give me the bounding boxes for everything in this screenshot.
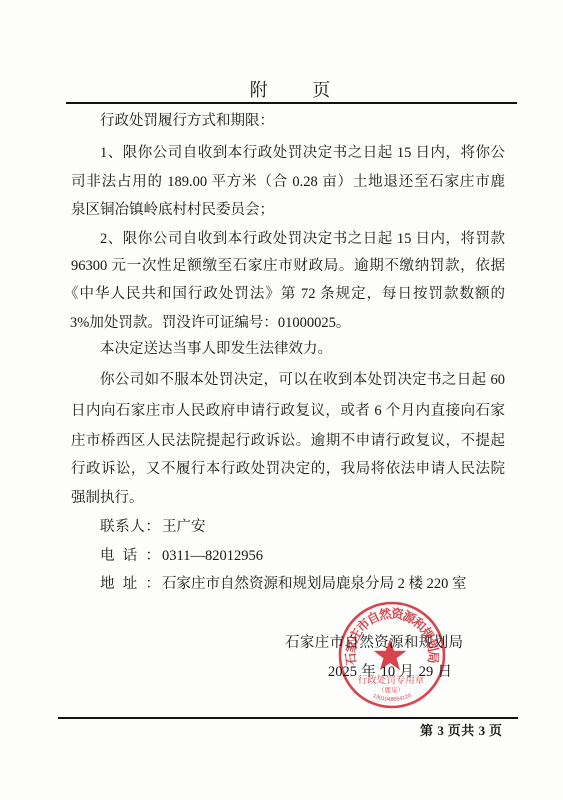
text-line: 2、限你公司自收到本行政处罚决定书之日起 15 日内，将罚款 [100,229,505,249]
text-line: 你公司如不服本处罚决定，可以在收到本处罚决定书之日起 60 [100,370,505,390]
text-line: 《中华人民共和国行政处罚法》第 72 条规定，每日按罚款数额的 [64,284,505,304]
seal-center-text: 行政处罚专用章 [358,674,425,686]
text-line: 日内向石家庄市人民政府申请行政复议，或者 6 个月内直接向石家 [71,401,505,421]
text-line: 本决定送达当事人即发生法律效力。 [100,339,332,359]
seal-code: 1301048664120 [372,693,412,703]
contact-person-value: 王广安 [162,517,206,537]
section-heading: 行政处罚履行方式和期限： [100,111,274,131]
text-line: 96300 元一次性足额缴至石家庄市财政局。逾期不缴纳罚款，依据 [71,256,505,276]
text-line: 泉区铜冶镇岭底村村民委员会； [71,200,274,220]
text-line: 行政诉讼，又不履行本行政处罚决定的，我局将依法申请人民法院 [71,459,505,479]
star-icon [374,639,407,670]
text-line: 司非法占用的 189.00 平方米（合 0.28 亩）土地退还至石家庄市鹿 [71,172,505,192]
page-indicator: 第 3 页共 3 页 [420,722,502,740]
text-line: 强制执行。 [71,488,144,508]
document-page: 附 页 行政处罚履行方式和期限： 1、限你公司自收到本行政处罚决定书之日起 15… [0,0,563,800]
page-title: 附 页 [200,78,380,102]
text-line: 庄市桥西区人民法院提起行政诉讼。逾期不申请行政复议，不提起 [71,431,505,451]
header-divider [66,102,517,104]
address-label: 地址： [100,574,160,594]
text-line: 3%加处罚款。罚没许可证编号：01000025。 [70,313,350,333]
svg-text:1301048664120: 1301048664120 [372,693,412,703]
phone-value: 0311—82012956 [162,546,263,566]
footer-divider [58,717,518,719]
phone-label: 电话： [100,546,160,566]
address-value: 石家庄市自然资源和规划局鹿泉分局 2 楼 220 室 [162,574,467,594]
official-seal-stamp: 石家庄市自然资源和规划局 行政处罚专用章 （鹿泉） 1301048664120 [332,595,452,715]
text-line: 1、限你公司自收到本行政处罚决定书之日起 15 日内，将你公 [100,143,505,163]
contact-person-label: 联系人： [100,517,160,537]
seal-sub-text: （鹿泉） [378,685,404,694]
